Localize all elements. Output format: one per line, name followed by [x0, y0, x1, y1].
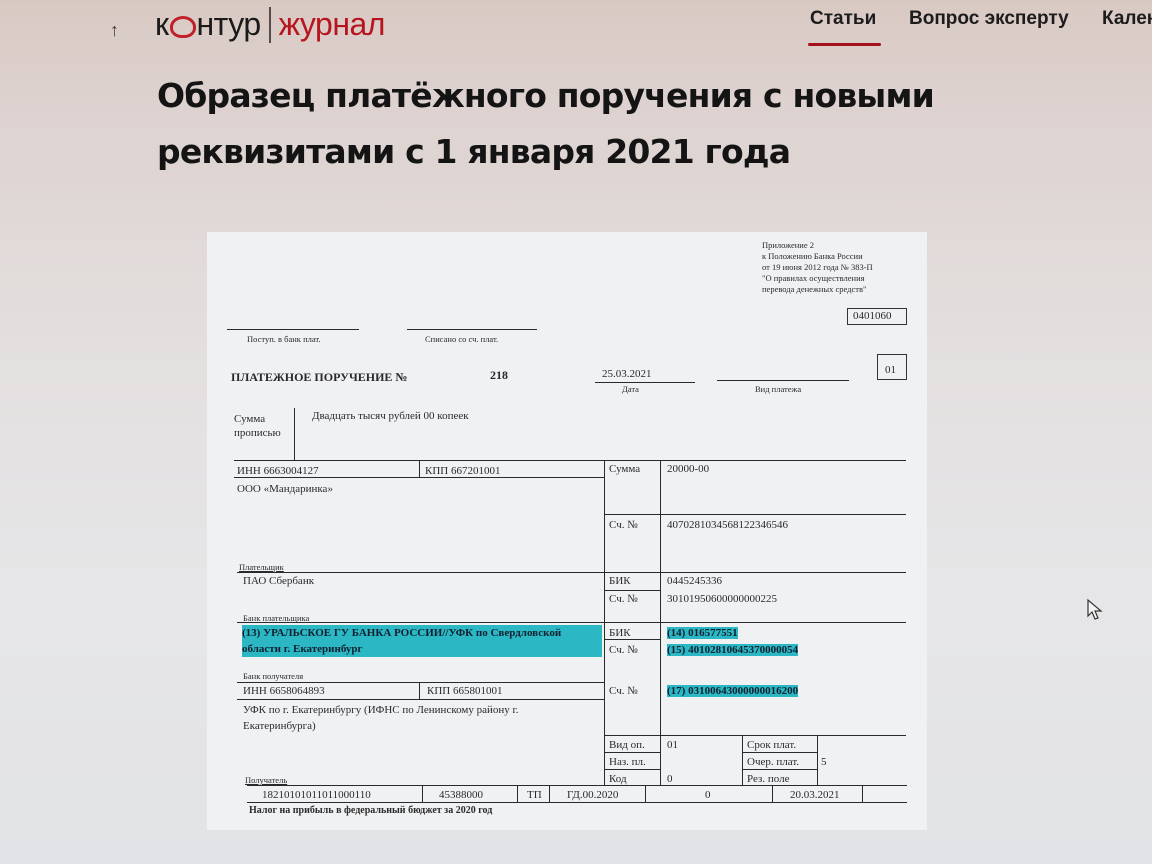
recipient-kpp: КПП 665801001	[427, 685, 502, 697]
recipient-label: Получатель	[245, 775, 287, 786]
amount-value: 20000-00	[667, 463, 709, 475]
priority-label: Очер. плат.	[747, 756, 799, 768]
priority-value: 5	[821, 756, 827, 768]
logo-brand-k: к	[155, 6, 169, 43]
appendix-line: к Положению Банка России	[762, 251, 863, 262]
bik-label: БИК	[609, 627, 631, 639]
received-label: Поступ. в банк плат.	[247, 334, 321, 345]
account-label: Сч. №	[609, 593, 638, 605]
payment-type-label: Вид платежа	[755, 384, 801, 395]
kontur-logo[interactable]: к нтур журнал	[155, 6, 385, 43]
op-type-label: Вид оп.	[609, 739, 645, 751]
active-tab-indicator	[808, 43, 881, 46]
debited-label: Списано со сч. плат.	[425, 334, 498, 345]
amount-words: Двадцать тысяч рублей 00 копеек	[312, 410, 469, 422]
status-code: 01	[885, 364, 896, 376]
amount-label: Сумма	[609, 463, 640, 475]
amount-words-label: Сумма прописью	[234, 412, 294, 440]
recipient-bank-label: Банк получателя	[243, 671, 303, 682]
tax-field-doc-date: 20.03.2021	[790, 789, 840, 801]
payer-label: Плательщик	[239, 562, 284, 573]
code-value: 0	[667, 773, 673, 785]
purpose-code-label: Наз. пл.	[609, 756, 646, 768]
tax-field-oktmo: 45388000	[439, 789, 483, 801]
recipient-name: УФК по г. Екатеринбургу (ИФНС по Ленинск…	[243, 702, 583, 734]
arrow-up-icon[interactable]: ↑	[110, 20, 119, 41]
logo-brand-rest: нтур	[197, 6, 261, 43]
date-value: 25.03.2021	[602, 368, 652, 380]
term-label: Срок плат.	[747, 739, 796, 751]
recipient-account: (17) 03100643000000016200	[667, 685, 798, 697]
appendix-line: "О правилах осуществления	[762, 273, 865, 284]
code-label: Код	[609, 773, 627, 785]
recipient-bank-bik: (14) 016577551	[667, 627, 738, 639]
payer-bank-label: Банк плательщика	[243, 613, 309, 624]
payer-kpp: КПП 667201001	[425, 465, 500, 477]
site-header: ↑ к нтур журнал Статьи Вопрос эксперту К…	[0, 0, 1152, 60]
recipient-bank-corr: (15) 40102810645370000054	[667, 644, 798, 656]
bik-label: БИК	[609, 575, 631, 587]
account-label: Сч. №	[609, 685, 638, 697]
nav-item-articles[interactable]: Статьи	[810, 8, 876, 30]
account-label: Сч. №	[609, 644, 638, 656]
doc-number: 218	[490, 368, 508, 383]
tax-field-period: ГД.00.2020	[567, 789, 618, 801]
op-type-value: 01	[667, 739, 678, 751]
payer-bank-corr: 30101950600000000225	[667, 593, 777, 605]
logo-divider	[269, 7, 271, 43]
appendix-line: от 19 июня 2012 года № 383-П	[762, 262, 873, 273]
appendix-line: Приложение 2	[762, 240, 814, 251]
payer-bank: ПАО Сбербанк	[243, 575, 314, 587]
payer-inn: ИНН 6663004127	[237, 465, 319, 477]
payer-name: ООО «Мандаринка»	[237, 483, 333, 495]
tax-field-basis: ТП	[527, 789, 542, 801]
doc-title: ПЛАТЕЖНОЕ ПОРУЧЕНИЕ №	[231, 370, 407, 385]
form-code: 0401060	[853, 310, 892, 322]
nav-item-calendar[interactable]: Кален	[1102, 8, 1152, 30]
tax-field-doc-number: 0	[705, 789, 711, 801]
payment-purpose: Налог на прибыль в федеральный бюджет за…	[249, 805, 492, 816]
appendix-line: перевода денежных средств"	[762, 284, 866, 295]
reserve-label: Рез. поле	[747, 773, 789, 785]
logo-section: журнал	[279, 6, 385, 43]
article-title: Образец платёжного поручения с новыми ре…	[157, 68, 977, 180]
payer-bank-bik: 0445245336	[667, 575, 722, 587]
recipient-bank: (13) УРАЛЬСКОЕ ГУ БАНКА РОССИИ//УФК по С…	[242, 625, 602, 657]
tax-field-kbk: 18210101011011000110	[262, 789, 371, 801]
account-label: Сч. №	[609, 519, 638, 531]
recipient-inn: ИНН 6658064893	[243, 685, 325, 697]
date-label: Дата	[622, 384, 639, 395]
payment-order-image: Приложение 2 к Положению Банка России от…	[207, 232, 927, 830]
cloud-icon	[170, 16, 196, 38]
nav-item-ask-expert[interactable]: Вопрос эксперту	[909, 8, 1069, 30]
mouse-cursor-icon	[1086, 598, 1104, 622]
payer-account: 4070281034568122346546	[667, 519, 788, 531]
